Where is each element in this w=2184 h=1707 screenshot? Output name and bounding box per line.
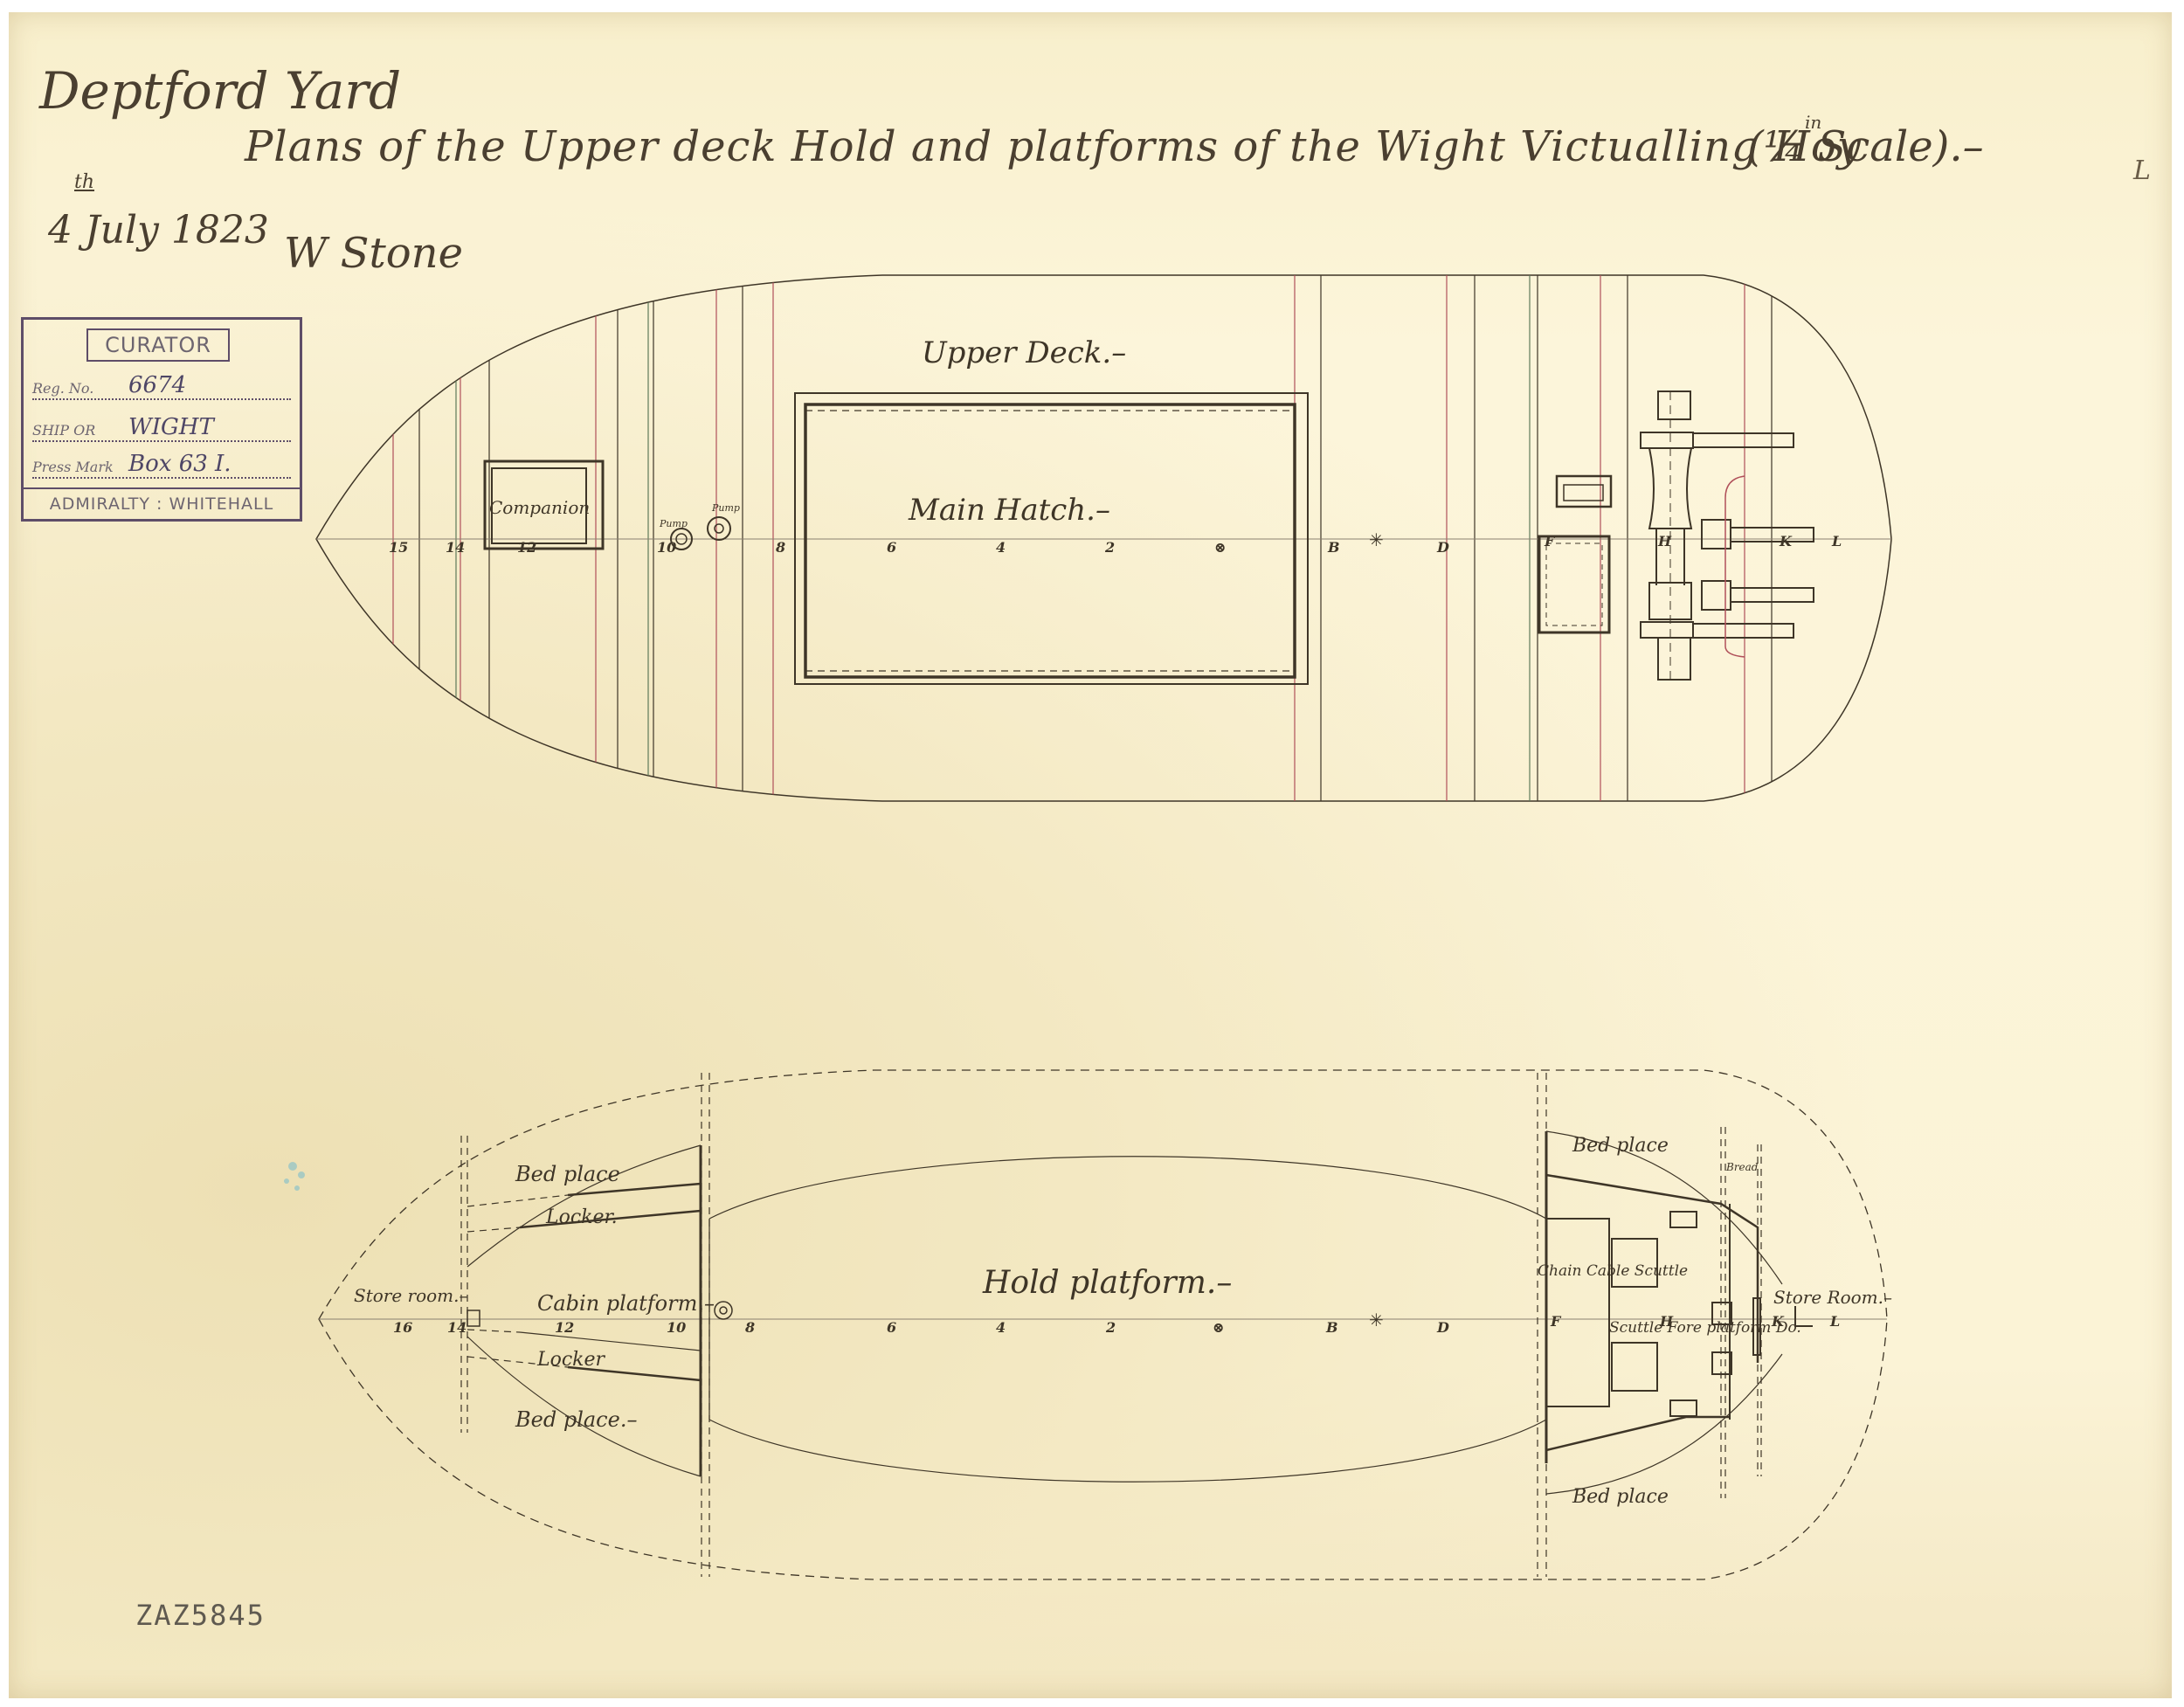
- station-tick: F: [1550, 1313, 1562, 1330]
- station-tick: 4: [996, 539, 1006, 556]
- station-tick: 14: [447, 1319, 467, 1336]
- bed-place-label: Bed place: [515, 1162, 620, 1186]
- upper-station-ticks: 15 14 12 10 8 6 4 2 ⊗ B D F H K L: [389, 533, 1842, 556]
- station-tick: 8: [744, 1319, 755, 1336]
- ladder-way: [1539, 536, 1609, 632]
- station-tick: H: [1657, 533, 1672, 549]
- midship-mark-icon: ✳: [1369, 529, 1384, 550]
- station-tick: 6: [887, 1319, 896, 1336]
- station-tick: L: [1829, 1313, 1840, 1330]
- station-tick: 15: [389, 539, 408, 556]
- station-tick: ⊗: [1214, 539, 1226, 556]
- bread-room-label: Bread: [1725, 1161, 1759, 1173]
- station-tick: D: [1436, 1319, 1449, 1336]
- main-hatch-label: Main Hatch.–: [908, 493, 1110, 528]
- bed-place-label: Bed place: [1572, 1486, 1669, 1508]
- pump-label: Pump: [711, 502, 740, 514]
- ship-plans: Upper Deck.– Companion Main Hatch.– Pump…: [0, 0, 2184, 1707]
- station-tick: B: [1325, 1319, 1338, 1336]
- station-tick: K: [1771, 1313, 1785, 1330]
- station-tick: 2: [1104, 539, 1115, 556]
- chain-cable-label: Chain Cable Scuttle: [1538, 1262, 1688, 1280]
- station-tick: 12: [555, 1319, 574, 1336]
- station-tick: F: [1544, 533, 1556, 549]
- companion-label: Companion: [489, 497, 590, 518]
- pump-label: Pump: [659, 518, 688, 529]
- station-tick: 6: [887, 539, 896, 556]
- station-tick: 16: [393, 1319, 412, 1336]
- station-tick: 10: [657, 539, 676, 556]
- cabin-platform-label: Cabin platform.–: [537, 1291, 715, 1316]
- pump-icon: [708, 517, 730, 540]
- station-tick: K: [1779, 533, 1793, 549]
- blue-stain: [284, 1162, 305, 1191]
- station-tick: 10: [667, 1319, 686, 1336]
- station-tick: 4: [996, 1319, 1006, 1336]
- station-tick: 14: [446, 539, 465, 556]
- fore-scuttle: [1612, 1343, 1657, 1391]
- store-room-aft-label: Store room.–: [354, 1285, 468, 1306]
- bed-place-label: Bed place: [1572, 1135, 1669, 1157]
- upper-deck-title: Upper Deck.–: [922, 335, 1126, 370]
- station-tick: 8: [775, 539, 785, 556]
- locker-label: Locker: [536, 1349, 606, 1371]
- station-tick: H: [1659, 1313, 1674, 1330]
- station-tick: ⊗: [1213, 1319, 1224, 1336]
- hold-platform-title: Hold platform.–: [982, 1265, 1232, 1301]
- pump-well-icon: [715, 1302, 732, 1319]
- station-tick: D: [1436, 539, 1449, 556]
- midship-mark-icon: ✳: [1369, 1310, 1384, 1330]
- locker-label: Locker.–: [545, 1206, 627, 1228]
- station-tick: B: [1327, 539, 1340, 556]
- station-tick: L: [1831, 533, 1842, 549]
- station-tick: 2: [1105, 1319, 1116, 1336]
- station-tick: 12: [517, 539, 536, 556]
- store-room-fwd-label: Store Room.–: [1773, 1287, 1892, 1308]
- bed-place-label: Bed place.–: [515, 1407, 637, 1432]
